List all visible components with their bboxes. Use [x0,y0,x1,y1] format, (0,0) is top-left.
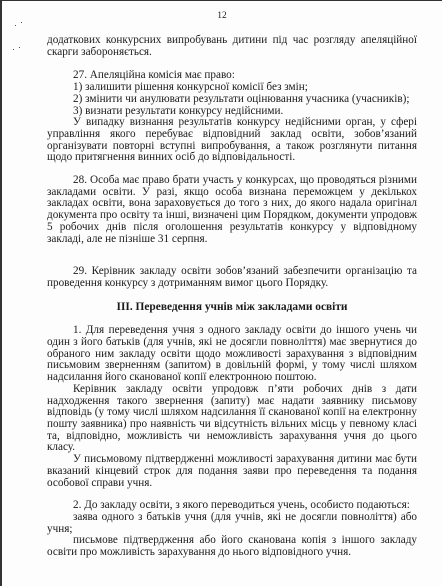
scan-speck [19,47,20,48]
section-paragraph-1: 1. Для переведення учня з одного закладу… [47,325,417,384]
page-number: 12 [2,11,442,21]
section-paragraph-1c: У письмовому підтвердженні можливості за… [47,454,417,489]
scan-speck [21,22,22,23]
section-paragraph-2a: заява одного з батьків учня (для учнів, … [47,512,417,535]
section-heading: III. Переведення учнів між закладами осв… [47,302,417,314]
scan-speck [15,25,16,26]
section-paragraph-1b: Керівник закладу освіти упродовж п’яти р… [47,384,417,454]
paragraph-29: 29. Керівник закладу освіти зобов’язаний… [47,266,417,289]
document-body: додаткових конкурсних випробувань дитини… [47,35,417,559]
scan-speck [13,49,14,50]
document-page: 12 додаткових конкурсних випробувань дит… [0,0,442,586]
paragraph-continuation: додаткових конкурсних випробувань дитини… [47,35,417,58]
paragraph-27-item-2: 2) змінити чи анулювати результати оціню… [47,94,417,106]
paragraph-27-body: У випадку визнання результатів конкурсу … [47,117,417,164]
section-paragraph-2b: письмове підтвердження або його сканован… [47,535,417,558]
paragraph-28: 28. Особа має право брати участь у конку… [47,175,417,245]
